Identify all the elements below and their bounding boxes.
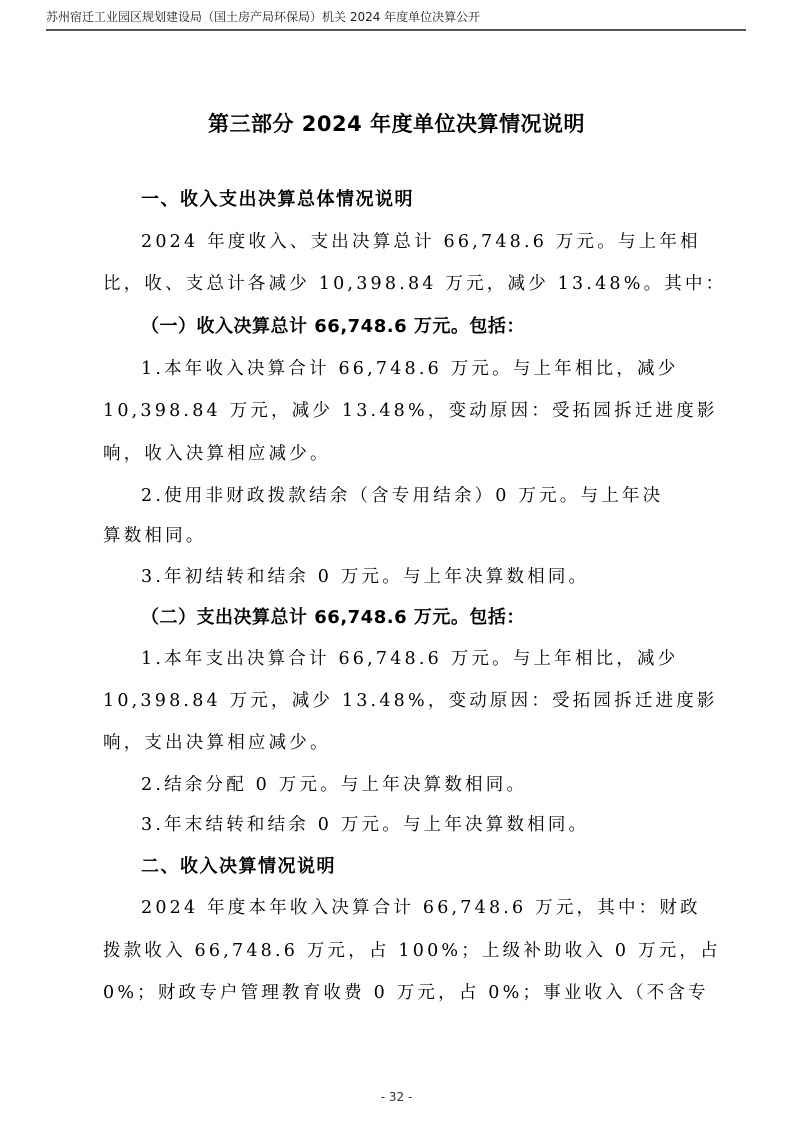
paragraph-line: 响，支出决算相应减少。 xyxy=(103,729,331,754)
header-rule xyxy=(46,29,746,31)
paragraph-line: 2.结余分配 0 万元。与上年决算数相同。 xyxy=(141,771,527,796)
paragraph-line: 3.年初结转和结余 0 万元。与上年决算数相同。 xyxy=(141,563,589,588)
paragraph-line: 2.使用非财政拨款结余（含专用结余）0 万元。与上年决 xyxy=(141,482,663,507)
section1-heading: 一、收入支出决算总体情况说明 xyxy=(141,185,414,211)
paragraph-line: 0%；财政专户管理教育收费 0 万元，占 0%；事业收入（不含专 xyxy=(103,979,709,1004)
paragraph-line: 1.本年支出决算合计 66,748.6 万元。与上年相比，减少 xyxy=(141,645,678,670)
paragraph-line: 1.本年收入决算合计 66,748.6 万元。与上年相比，减少 xyxy=(141,355,678,380)
paragraph-line: 2024 年度本年收入决算合计 66,748.6 万元，其中：财政 xyxy=(141,894,701,919)
paragraph-line: 响，收入决算相应减少。 xyxy=(103,440,331,465)
expense-subheading: （二）支出决算总计 66,748.6 万元。包括： xyxy=(141,603,525,629)
running-header: 苏州宿迁工业园区规划建设局（国土房产局环保局）机关 2024 年度单位决算公开 xyxy=(46,8,480,25)
paragraph-line: 2024 年度收入、支出决算总计 66,748.6 万元。与上年相 xyxy=(141,228,701,253)
paragraph-line: 算数相同。 xyxy=(103,522,207,547)
paragraph-line: 10,398.84 万元，减少 13.48%，变动原因：受拓园拆迁进度影 xyxy=(103,397,718,422)
paragraph-line: 比，收、支总计各减少 10,398.84 万元，减少 13.48%。其中： xyxy=(103,270,726,295)
section2-heading: 二、收入决算情况说明 xyxy=(141,852,336,878)
paragraph-line: 10,398.84 万元，减少 13.48%，变动原因：受拓园拆迁进度影 xyxy=(103,687,718,712)
page-number: - 32 - xyxy=(0,1090,793,1104)
paragraph-line: 3.年末结转和结余 0 万元。与上年决算数相同。 xyxy=(141,811,589,836)
paragraph-line: 拨款收入 66,748.6 万元，占 100%；上级补助收入 0 万元，占 xyxy=(103,937,721,962)
page-title: 第三部分 2024 年度单位决算情况说明 xyxy=(0,108,793,138)
income-subheading: （一）收入决算总计 66,748.6 万元。包括： xyxy=(141,312,525,338)
